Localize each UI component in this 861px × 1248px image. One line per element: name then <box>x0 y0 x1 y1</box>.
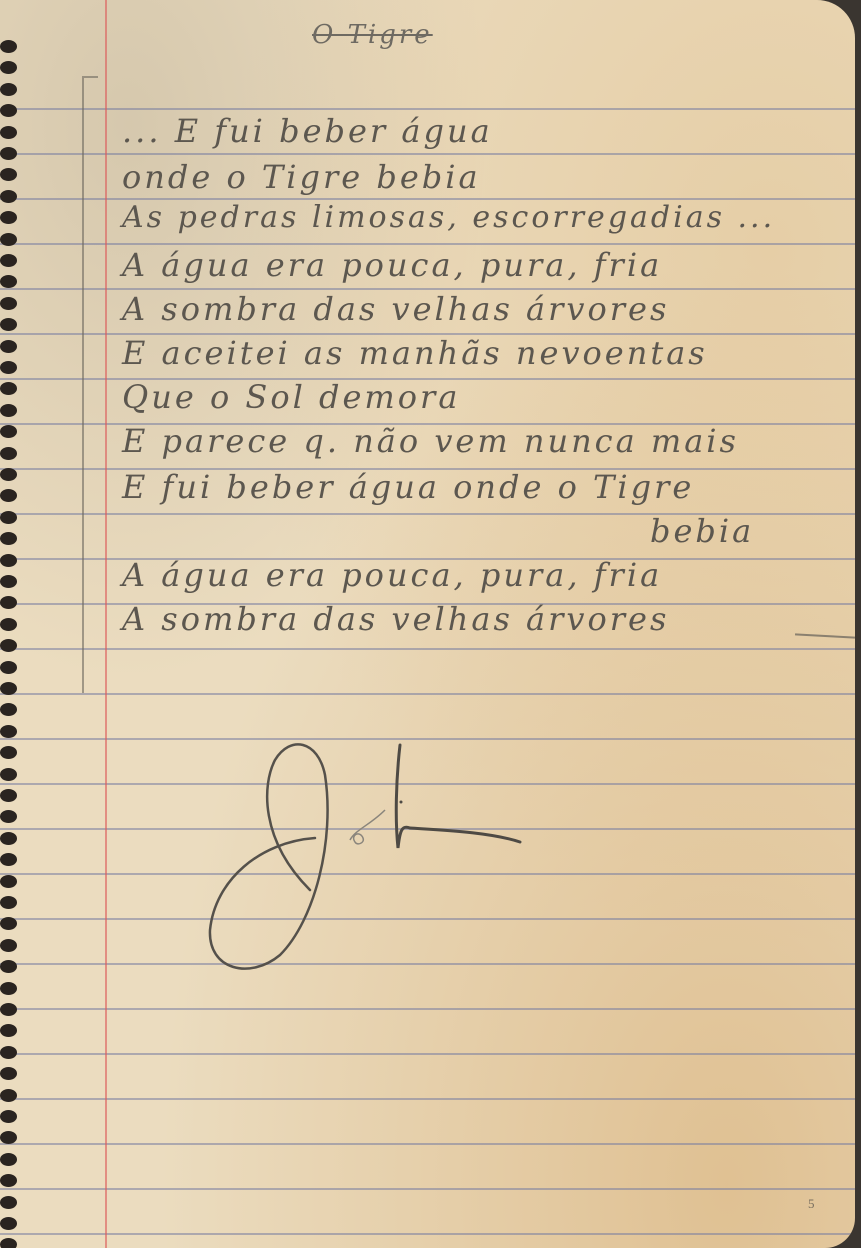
spiral-hole <box>0 939 17 952</box>
verse-line-9: E fui beber água onde o Tigre <box>122 468 694 506</box>
verse-line-11: A água era pouca, pura, fria <box>122 556 662 594</box>
spiral-hole <box>0 682 17 695</box>
spiral-hole <box>0 1110 17 1123</box>
page-number: 5 <box>808 1196 815 1212</box>
spiral-hole <box>0 661 17 674</box>
spiral-hole <box>0 1153 17 1166</box>
spiral-hole <box>0 853 17 866</box>
spiral-hole <box>0 639 17 652</box>
verse-line-12: A sombra das velhas árvores <box>122 600 669 638</box>
verse-line-8: E parece q. não vem nunca mais <box>122 422 739 460</box>
spiral-hole <box>0 1238 17 1248</box>
spiral-hole <box>0 83 17 96</box>
spiral-hole <box>0 447 17 460</box>
spiral-hole <box>0 1046 17 1059</box>
margin-line <box>105 0 107 1248</box>
spiral-hole <box>0 746 17 759</box>
verse-line-4: A água era pouca, pura, fria <box>122 246 662 284</box>
verse-line-1: ... E fui beber água <box>122 112 493 150</box>
spiral-hole <box>0 1003 17 1016</box>
spiral-hole <box>0 126 17 139</box>
notebook-page: O Tigre ... E fui beber água onde o Tigr… <box>0 0 855 1248</box>
spiral-hole <box>0 1067 17 1080</box>
verse-line-3: As pedras limosas, escorregadias ... <box>122 200 775 235</box>
spiral-hole <box>0 318 17 331</box>
spiral-hole <box>0 575 17 588</box>
spiral-hole <box>0 789 17 802</box>
spiral-hole <box>0 1217 17 1230</box>
spiral-hole <box>0 1131 17 1144</box>
spiral-hole <box>0 382 17 395</box>
verse-line-2: onde o Tigre bebia <box>122 158 481 196</box>
spiral-hole <box>0 168 17 181</box>
spiral-hole <box>0 104 17 117</box>
spiral-hole <box>0 703 17 716</box>
spiral-hole <box>0 1174 17 1187</box>
spiral-hole <box>0 1089 17 1102</box>
spiral-hole <box>0 297 17 310</box>
signature: J. Tim <box>200 730 530 980</box>
spiral-hole <box>0 982 17 995</box>
spiral-hole <box>0 725 17 738</box>
spiral-binding <box>0 0 22 1248</box>
struck-title: O Tigre <box>312 20 433 50</box>
spiral-hole <box>0 233 17 246</box>
spiral-hole <box>0 896 17 909</box>
spiral-hole <box>0 190 17 203</box>
spiral-hole <box>0 404 17 417</box>
spiral-hole <box>0 960 17 973</box>
verse-line-10: bebia <box>650 512 754 550</box>
spiral-hole <box>0 554 17 567</box>
spiral-hole <box>0 810 17 823</box>
spiral-hole <box>0 489 17 502</box>
verse-line-7: Que o Sol demora <box>122 378 460 416</box>
spiral-hole <box>0 61 17 74</box>
spiral-hole <box>0 340 17 353</box>
spiral-hole <box>0 532 17 545</box>
verse-bracket <box>82 76 98 693</box>
spiral-hole <box>0 618 17 631</box>
spiral-hole <box>0 275 17 288</box>
verse-line-5: A sombra das velhas árvores <box>122 290 669 328</box>
verse-line-6: E aceitei as manhãs nevoentas <box>122 334 708 372</box>
spiral-hole <box>0 425 17 438</box>
spiral-hole <box>0 361 17 374</box>
spiral-hole <box>0 211 17 224</box>
spiral-hole <box>0 254 17 267</box>
spiral-hole <box>0 917 17 930</box>
spiral-hole <box>0 511 17 524</box>
spiral-hole <box>0 875 17 888</box>
spiral-hole <box>0 468 17 481</box>
spiral-hole <box>0 1196 17 1209</box>
spiral-hole <box>0 768 17 781</box>
spiral-hole <box>0 596 17 609</box>
spiral-hole <box>0 147 17 160</box>
spiral-hole <box>0 40 17 53</box>
spiral-hole <box>0 1024 17 1037</box>
spiral-hole <box>0 832 17 845</box>
